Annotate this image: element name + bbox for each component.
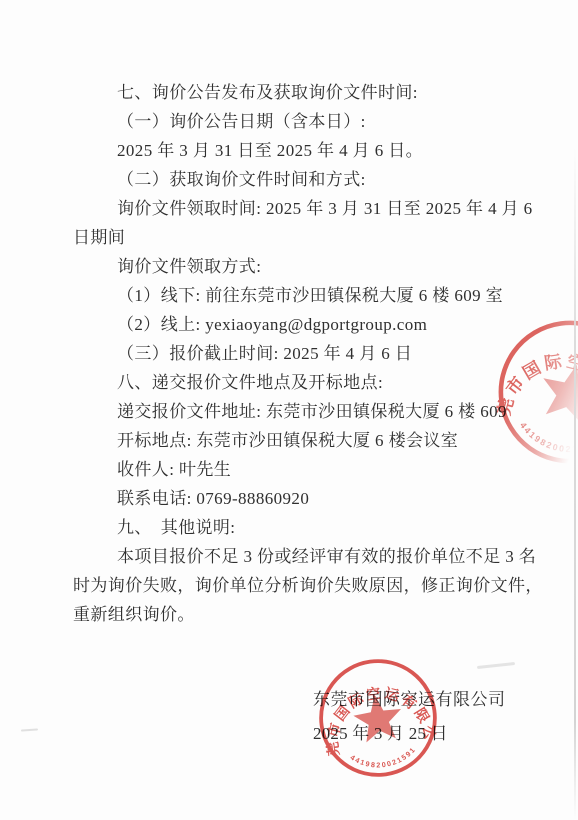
doc-line: 时为询价失败，询价单位分析询价失败原因，修正询价文件， [73, 571, 543, 600]
scan-smudge [477, 662, 515, 669]
document-text: 七、询价公告发布及获取询价文件时间: （一）询价公告日期（含本日）: 2025 … [73, 78, 543, 629]
signature-date: 2025 年 3 月 25 日 [313, 724, 506, 743]
signature-company: 东莞市国际空运有限公司 [313, 690, 506, 709]
page-edge-shadow [574, 0, 576, 820]
doc-line: 开标地点: 东莞市沙田镇保税大厦 6 楼会议室 [73, 426, 543, 455]
doc-line: 重新组织询价。 [73, 600, 543, 629]
doc-line: 日期间 [73, 223, 543, 252]
doc-line: （2）线上: yexiaoyang@dgportgroup.com [73, 310, 543, 339]
doc-line: 七、询价公告发布及获取询价文件时间: [73, 78, 543, 107]
document-page: 七、询价公告发布及获取询价文件时间: （一）询价公告日期（含本日）: 2025 … [0, 0, 578, 820]
doc-line: （一）询价公告日期（含本日）: [73, 107, 543, 136]
doc-line: 联系电话: 0769-88860920 [73, 484, 543, 513]
doc-line: 递交报价文件地址: 东莞市沙田镇保税大厦 6 楼 609 [73, 397, 543, 426]
svg-text:4419820021591: 4419820021591 [348, 745, 420, 774]
doc-line: （三）报价截止时间: 2025 年 4 月 6 日 [73, 339, 543, 368]
doc-line: 2025 年 3 月 31 日至 2025 年 4 月 6 日。 [73, 136, 543, 165]
doc-line: 询价文件领取时间: 2025 年 3 月 31 日至 2025 年 4 月 6 [73, 194, 543, 223]
doc-line: 八、递交报价文件地点及开标地点: [73, 368, 543, 397]
doc-line: （二）获取询价文件时间和方式: [73, 165, 543, 194]
doc-line: 本项目报价不足 3 份或经评审有效的报价单位不足 3 名 [73, 542, 543, 571]
doc-line: 九、 其他说明: [73, 513, 543, 542]
seal-number-text: 4419820021591 [348, 745, 420, 774]
doc-line: 询价文件领取方式: [73, 252, 543, 281]
scan-smudge [21, 728, 38, 731]
doc-line: （1）线下: 前往东莞市沙田镇保税大厦 6 楼 609 室 [73, 281, 543, 310]
doc-line: 收件人: 叶先生 [73, 455, 543, 484]
signature-block: 东莞市国际空运有限公司 2025 年 3 月 25 日 [313, 690, 506, 743]
